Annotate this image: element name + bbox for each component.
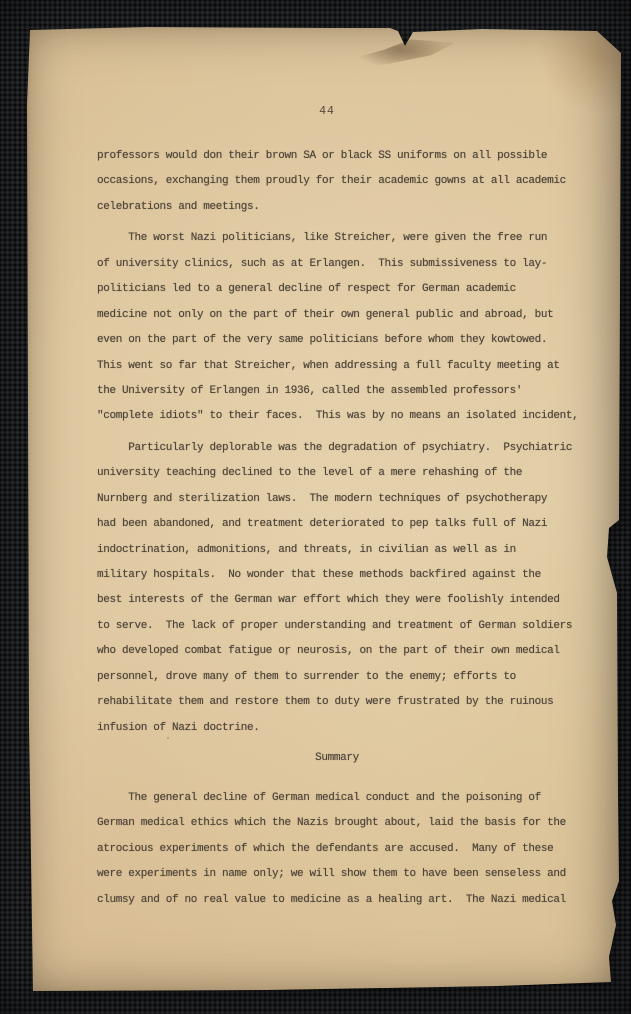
text-line: atrocious experiments of which the defen…	[97, 837, 577, 862]
text-line: The general decline of German medical co…	[97, 786, 577, 811]
text-line: clumsy and of no real value to medicine …	[97, 888, 577, 913]
page-number: 44	[97, 105, 557, 118]
text-line: infusion of Nazi doctrine.	[97, 716, 577, 741]
section-heading: Summary	[97, 746, 577, 771]
text-line: This went so far that Streicher, when ad…	[97, 354, 577, 379]
paragraph: Particularly deplorable was the degradat…	[97, 436, 577, 741]
text-line: even on the part of the very same politi…	[97, 328, 577, 353]
paper-sheet: 44 professors would don their brown SA o…	[27, 25, 623, 993]
text-line: "complete idiots" to their faces. This w…	[97, 404, 577, 429]
text-line: Particularly deplorable was the degradat…	[97, 436, 577, 461]
text-line: who developed combat fatigue or neurosis…	[97, 639, 577, 664]
paragraph: The general decline of German medical co…	[97, 786, 577, 913]
text-line: had been abandoned, and treatment deteri…	[97, 512, 577, 537]
text-line: celebrations and meetings.	[97, 195, 577, 220]
text-line: politicians led to a general decline of …	[97, 277, 577, 302]
text-line: German medical ethics which the Nazis br…	[97, 811, 577, 836]
scanned-document-photo: 44 professors would don their brown SA o…	[0, 0, 631, 1014]
paragraph: professors would don their brown SA or b…	[97, 144, 577, 220]
text-line: professors would don their brown SA or b…	[97, 144, 577, 169]
paper-tear	[345, 31, 455, 73]
text-line: were experiments in name only; we will s…	[97, 862, 577, 887]
text-line: university teaching declined to the leve…	[97, 461, 577, 486]
text-line: personnel, drove many of them to surrend…	[97, 665, 577, 690]
text-line: best interests of the German war effort …	[97, 588, 577, 613]
text-block: professors would don their brown SA or b…	[97, 144, 577, 913]
text-line: medicine not only on the part of their o…	[97, 303, 577, 328]
paragraph: The worst Nazi politicians, like Streich…	[97, 226, 577, 430]
text-line: the University of Erlangen in 1936, call…	[97, 379, 577, 404]
text-line: occasions, exchanging them proudly for t…	[97, 169, 577, 194]
text-line: The worst Nazi politicians, like Streich…	[97, 226, 577, 251]
text-line: rehabilitate them and restore them to du…	[97, 690, 577, 715]
text-line: Nurnberg and sterilization laws. The mod…	[97, 487, 577, 512]
document-page: 44 professors would don their brown SA o…	[27, 25, 623, 993]
text-line: indoctrination, admonitions, and threats…	[97, 538, 577, 563]
text-line: military hospitals. No wonder that these…	[97, 563, 577, 588]
text-line: to serve. The lack of proper understandi…	[97, 614, 577, 639]
text-line: of university clinics, such as at Erlang…	[97, 252, 577, 277]
